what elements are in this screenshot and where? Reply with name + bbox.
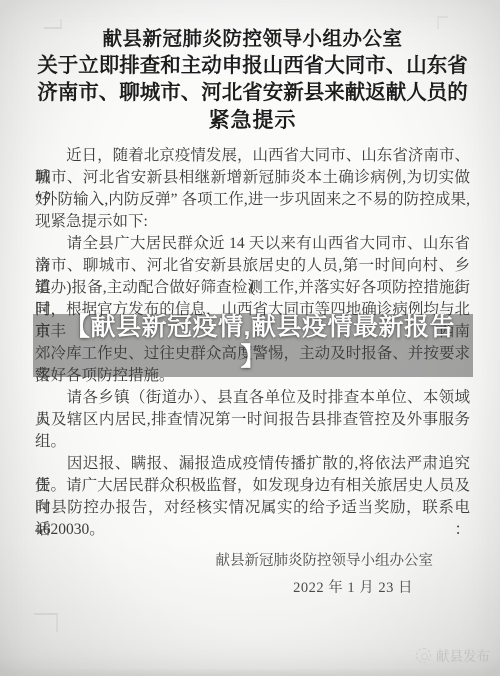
signing-office: 献县新冠肺炎防控领导小组办公室	[216, 552, 434, 570]
caption-text-line-2: 】	[33, 343, 473, 372]
document-page: 献县新冠肺炎防控领导小组办公室 关于立即排查和主动申报山西省大同市、山东省 济南…	[35, 0, 470, 541]
paragraph-1-line: 近日，随着北京疫情发展，山西省大同市、山东省济南市、聊	[35, 145, 470, 167]
paragraph-3-line: 请各乡镇（街道办）、县直各单位及时排查本单位、本领域人	[35, 387, 470, 409]
paragraph-4-line: 向县防控办报告，对经核实情况属实的给予适当奖励，联系电话：	[35, 497, 470, 519]
title-line-2: 关于立即排查和主动申报山西省大同市、山东省	[35, 53, 470, 80]
paragraph-2-line: 道办)报备,主动配合做好筛查检测工作,并落实好各项防控措施。同	[35, 277, 470, 299]
xianxian-fabu-logo-icon	[416, 648, 431, 663]
paragraph-2-line: 请全县广大居民群众近 14 天以来有山西省大同市、山东省济	[35, 233, 470, 255]
title-line-4: 紧急提示	[35, 107, 470, 134]
publisher-watermark: 献县发布	[416, 645, 490, 665]
paragraph-1-line: “外防输入,内防反弹” 各项工作,进一步巩固来之不易的防控成果,	[35, 189, 470, 211]
issuing-office-title: 献县新冠肺炎防控领导小组办公室	[35, 27, 470, 53]
paragraph-1-line: 现紧急提示如下:	[35, 211, 470, 233]
paragraph-3-line: 组。	[35, 431, 470, 453]
page-corner-mark-bottom-left	[34, 613, 58, 632]
paragraph-1-line: 城市、河北省安新县相继新增新冠肺炎本土确诊病例,为切实做好	[35, 167, 470, 189]
photo-bottom-edge	[0, 669, 500, 676]
paragraph-4-line: 任。请广大居民群众积极监督，如发现身边有相关旅居史人员及时	[35, 475, 470, 497]
signature-date: 2022 年 1 月 23 日	[216, 579, 414, 597]
signature-block: 献县新冠肺炎防控领导小组办公室 2022 年 1 月 23 日	[216, 552, 500, 597]
watermark-label: 献县发布	[436, 645, 490, 665]
document-photo: 献县新冠肺炎防控领导小组办公室 关于立即排查和主动申报山西省大同市、山东省 济南…	[0, 0, 500, 676]
caption-text-line-1: 【献县新冠疫情,献县疫情最新报告	[33, 312, 473, 343]
paragraph-3-line: 员及辖区内居民,排查情况第一时间报告县排查管控及外事服务	[35, 409, 470, 431]
news-caption: 【献县新冠疫情,献县疫情最新报告 】	[33, 312, 473, 372]
paragraph-2-line: 南市、聊城市、河北省安新县旅居史的人员,第一时间向村、乡镇(街	[35, 255, 470, 277]
title-line-3: 济南市、聊城市、河北省安新县来献返献人员的	[35, 80, 470, 107]
document-title: 献县新冠肺炎防控领导小组办公室 关于立即排查和主动申报山西省大同市、山东省 济南…	[35, 27, 470, 134]
paragraph-4-line: 因迟报、瞒报、漏报造成疫情传播扩散的,将依法严肃追究责	[35, 453, 470, 475]
